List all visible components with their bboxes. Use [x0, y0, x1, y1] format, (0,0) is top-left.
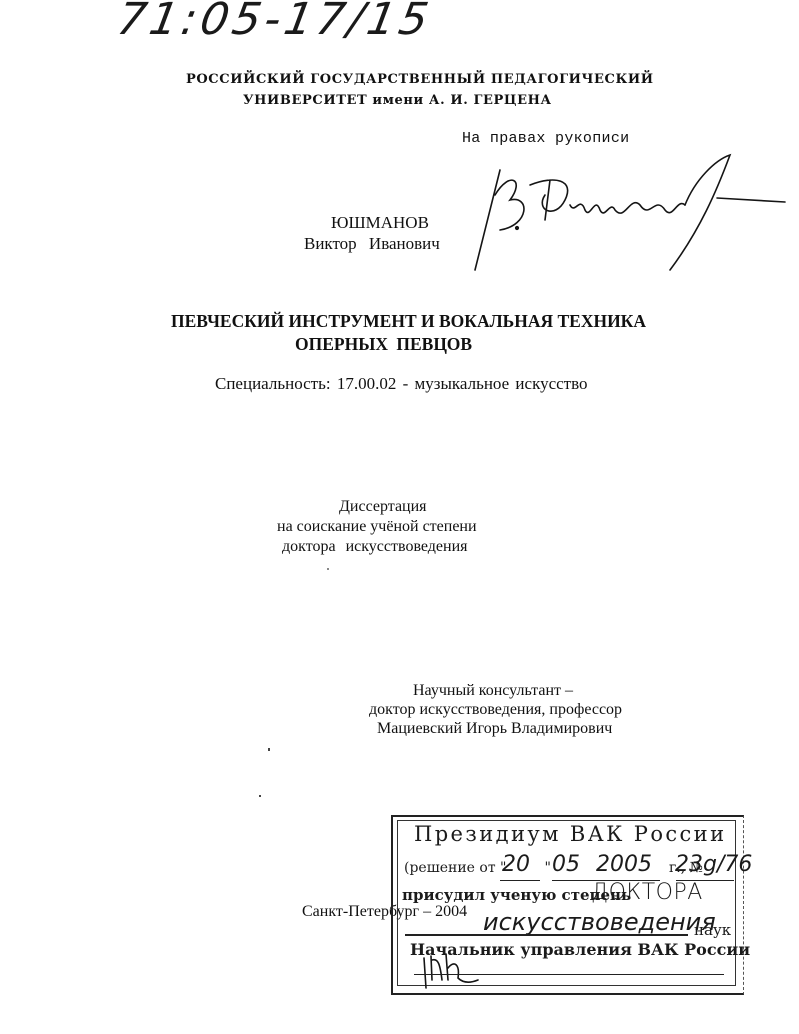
dissertation-title-line-1: ПЕВЧЕСКИЙ ИНСТРУМЕНТ И ВОКАЛЬНАЯ ТЕХНИКА [171, 311, 646, 332]
field-underline [405, 934, 688, 936]
institution-line-1: РОССИЙСКИЙ ГОСУДАРСТВЕННЫЙ ПЕДАГОГИЧЕСКИ… [186, 72, 654, 87]
stamp-sciences: наук [694, 921, 731, 939]
scan-speck [327, 568, 329, 570]
dissertation-title-line-2: ОПЕРНЫХ ПЕВЦОВ [295, 334, 472, 355]
archive-code-handwritten: 71:05-17/15 [114, 0, 436, 45]
decision-quote: " [544, 860, 550, 876]
author-given-names: Виктор Иванович [304, 234, 440, 254]
degree-sought-line-2: доктора искусствоведения [282, 538, 468, 556]
author-signature-icon [455, 150, 795, 280]
day-underline [500, 880, 540, 881]
consultant-name: Мациевский Игорь Владимирович [377, 720, 612, 738]
stamp-degree: ДОКТОРА [591, 880, 703, 905]
decision-month-handwritten: 05 [552, 852, 580, 877]
manuscript-rights-note: На правах рукописи [462, 130, 629, 147]
stamp-title: Президиум ВАК России [414, 822, 726, 846]
author-surname: ЮШМАНОВ [331, 213, 429, 233]
specialty: Специальность: 17.00.02 - музыкальное ис… [215, 374, 588, 394]
institution-line-2: УНИВЕРСИТЕТ имени А. И. ГЕРЦЕНА [243, 93, 552, 108]
decision-number-handwritten: 23g/76 [675, 852, 752, 877]
stamp-field-handwritten: искусствоведения [483, 908, 716, 936]
dissertation-type: Диссертация [339, 498, 427, 516]
decision-day-handwritten: 20 [502, 852, 530, 877]
degree-sought-line-1: на соискание учёной степени [277, 518, 477, 536]
scan-speck [268, 748, 270, 751]
scan-speck [259, 795, 261, 797]
consultant-label: Научный консультант – [413, 682, 573, 700]
decision-year-handwritten: 2005 [596, 852, 652, 877]
consultant-title: доктор искусствоведения, профессор [369, 701, 622, 719]
decision-prefix: (решение от " [404, 860, 506, 876]
head-signature-line [414, 974, 724, 975]
head-signature-icon [418, 950, 508, 990]
